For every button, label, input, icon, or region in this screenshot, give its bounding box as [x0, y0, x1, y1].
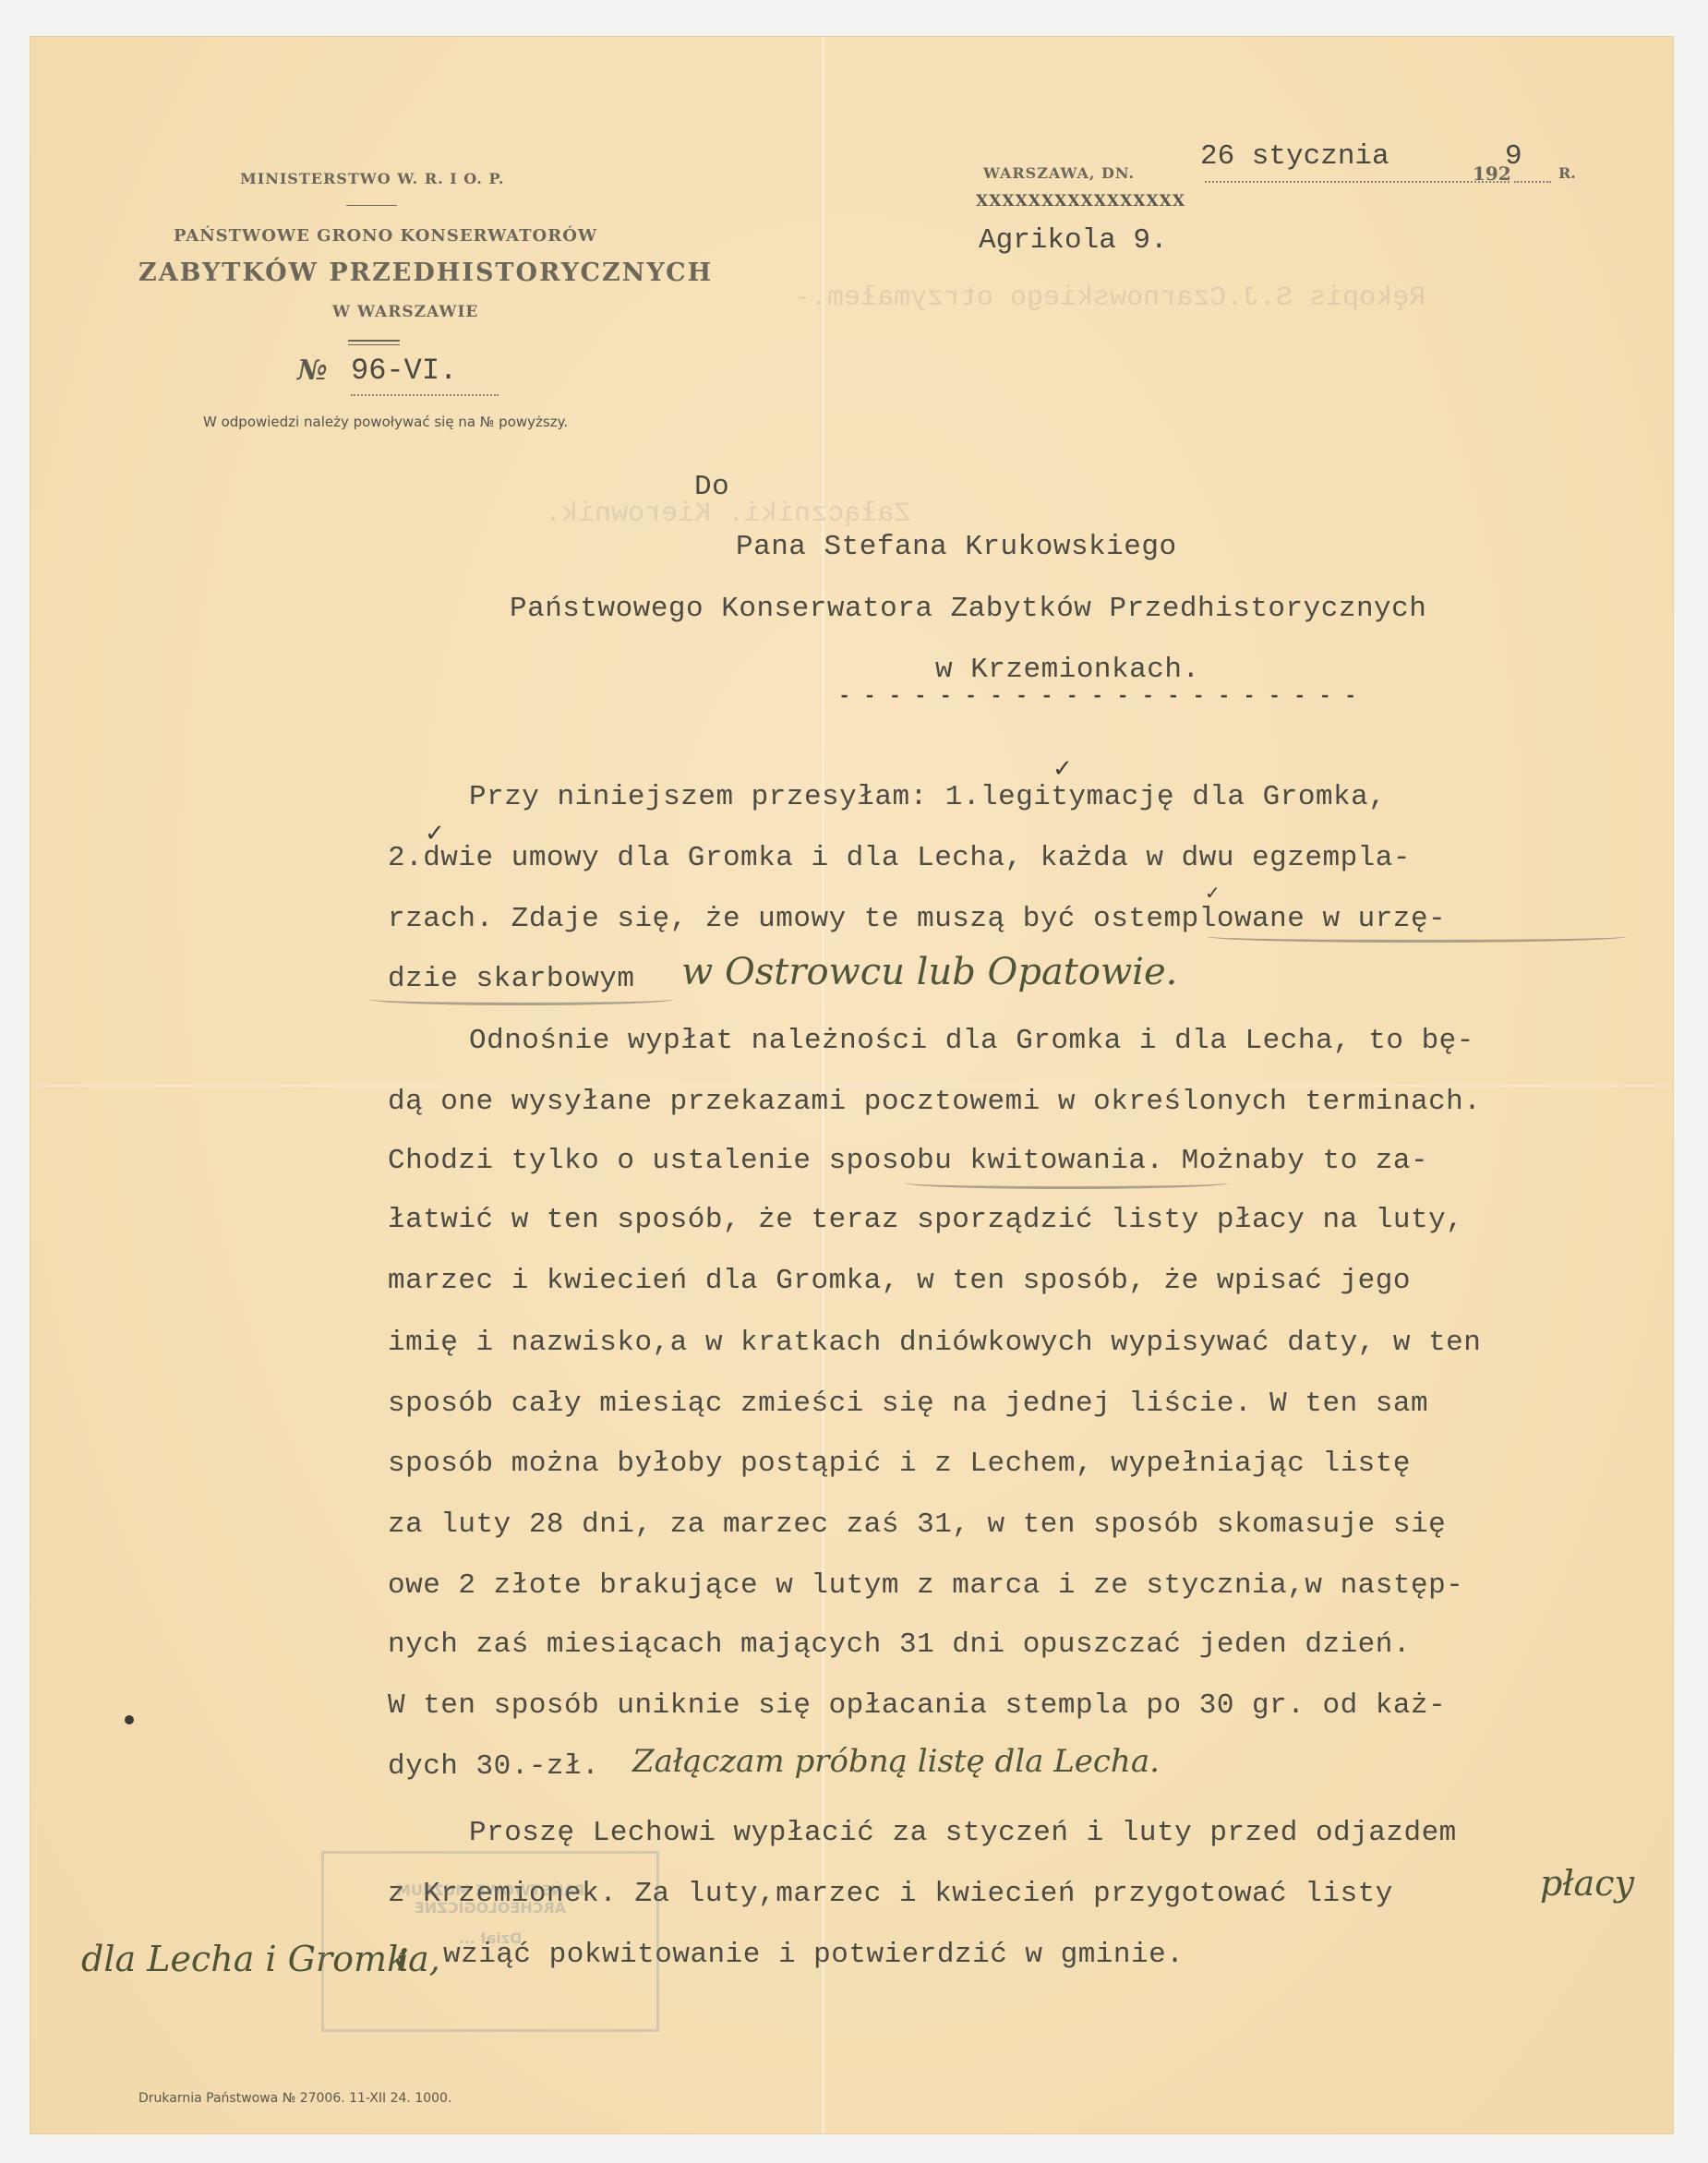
street-address: Agrikola 9.	[979, 224, 1168, 257]
dotted-line	[351, 394, 499, 396]
recipient-place: w Krzemionkach.	[935, 654, 1200, 686]
year-digit: 9	[1505, 140, 1522, 173]
body-line: sposób można byłoby postąpić i z Lechem,…	[388, 1448, 1411, 1480]
divider	[348, 344, 400, 345]
body-line: Chodzi tylko o ustalenie sposobu kwitowa…	[388, 1145, 1428, 1177]
pencil-underline	[369, 993, 674, 1005]
ink-dot	[125, 1715, 134, 1724]
check-mark-icon: ✓	[1052, 755, 1073, 783]
stamp-line: PAŃSTWOWE MUZEUM ARCHEOLOGICZNE	[324, 1881, 656, 1917]
body-line: Odnośnie wypłat należności dla Gromka i …	[469, 1025, 1474, 1057]
body-line: owe 2 złote brakujące w lutym z marca i …	[388, 1569, 1463, 1602]
pencil-underline	[1207, 931, 1627, 943]
check-mark-icon: ✓	[425, 820, 445, 847]
dotted-line	[1205, 181, 1510, 183]
body-line: sposób cały miesiąc zmieści się na jedne…	[388, 1388, 1428, 1420]
org-heading-line1: PAŃSTWOWE GRONO KONSERWATORÓW	[174, 226, 597, 246]
body-line: dzie skarbowym	[388, 963, 634, 995]
recipient-title: Państwowego Konserwatora Zabytków Przedh…	[510, 593, 1426, 625]
body-line: za luty 28 dni, za marzec zaś 31, w ten …	[388, 1508, 1446, 1541]
reply-instruction: W odpowiedzi należy powoływać się na № p…	[203, 414, 568, 430]
body-line: Proszę Lechowi wypłacić za styczeń i lut…	[469, 1817, 1457, 1849]
body-line: nych zaś miesiącach mających 31 dni opus…	[388, 1628, 1411, 1661]
check-mark-icon: ✓	[1205, 882, 1221, 904]
stamp-line: Dział ...	[324, 1929, 656, 1947]
body-line: dą one wysyłane przekazami pocztowemi w …	[388, 1086, 1481, 1118]
body-line: dych 30.-zł.	[388, 1750, 599, 1783]
org-heading-line2: ZABYTKÓW PRZEDHISTORYCZNYCH	[138, 258, 713, 287]
body-line: 2.dwie umowy dla Gromka i dla Lecha, każ…	[388, 842, 1411, 874]
body-line: imię i nazwisko,a w kratkach dniówkowych…	[388, 1327, 1481, 1359]
separator-line: - - - - - - - - - - - - - - - - - - - - …	[838, 685, 1357, 708]
body-line: marzec i kwiecień dla Gromka, w ten spos…	[388, 1265, 1411, 1297]
body-line: Przy niniejszem przesyłam: 1.legitymację…	[469, 781, 1386, 813]
recipient-name: Pana Stefana Krukowskiego	[736, 531, 1177, 563]
bleed-through-text: Załączniki. Kierownik.	[545, 499, 910, 530]
date-value: 26 stycznia	[1200, 140, 1389, 173]
divider	[348, 340, 400, 342]
salutation-to: Do	[694, 471, 729, 503]
reference-number: 96-VI.	[351, 354, 457, 388]
pencil-underline	[905, 1177, 1228, 1189]
body-line: W ten sposób uniknie się opłacania stemp…	[388, 1689, 1446, 1722]
handwritten-note: Załączam próbną listę dla Lecha.	[632, 1743, 1160, 1780]
handwritten-note: w Ostrowcu lub Opatowie.	[681, 951, 1177, 993]
bleed-through-text: Rękopis S.J.Czarnowskiego otrzymałem.-	[794, 282, 1425, 314]
year-suffix: R.	[1558, 164, 1576, 182]
divider	[346, 205, 397, 206]
number-sign: №	[297, 354, 328, 387]
place-label: WARSZAWA, DN.	[983, 164, 1135, 182]
handwritten-note: płacy	[1540, 1863, 1634, 1904]
body-line: rzach. Zdaje się, że umowy te muszą być …	[388, 903, 1446, 935]
printer-imprint: Drukarnia Państwowa № 27006. 11-XII 24. …	[138, 2091, 451, 2106]
archive-stamp: PAŃSTWOWE MUZEUM ARCHEOLOGICZNE Dział ..…	[321, 1851, 659, 2032]
body-line: łatwić w ten sposób, że teraz sporządzić…	[388, 1204, 1463, 1236]
dotted-line	[1514, 181, 1551, 183]
ministry-heading: MINISTERSTWO W. R. I O. P.	[240, 170, 504, 187]
org-heading-line3: W WARSZAWIE	[332, 303, 478, 321]
struck-address: XXXXXXXXXXXXXXXX	[976, 192, 1185, 210]
